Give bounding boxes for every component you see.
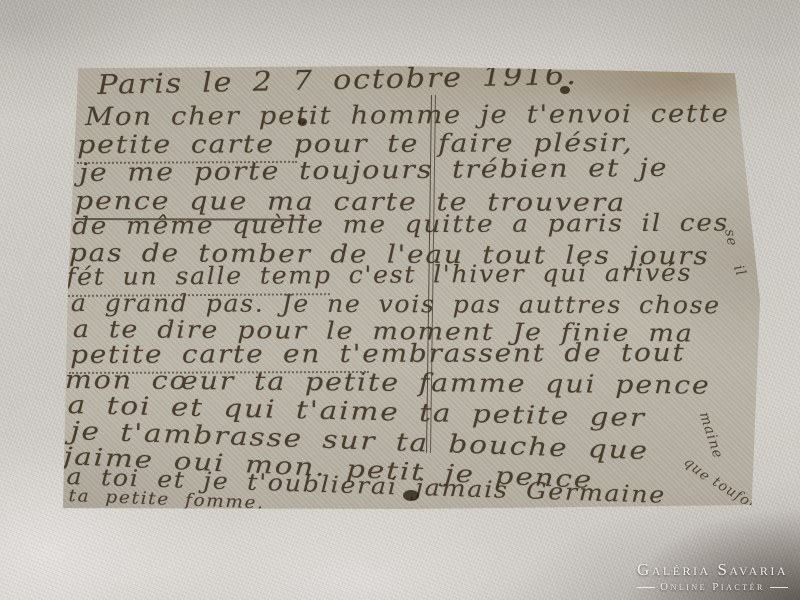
watermark-title: Galéria Savaria (637, 560, 788, 580)
handwriting-line: de même quèlle me quitte a paris il ces (72, 209, 729, 240)
ink-blot (298, 118, 307, 126)
edge-note: toufou (710, 474, 762, 515)
watermark: Galéria Savaria Online Piactér (637, 560, 788, 593)
edge-note: se (721, 228, 740, 248)
edge-note: que (681, 454, 714, 485)
ink-blot (560, 86, 570, 94)
ink-blot (403, 490, 419, 501)
handwriting-line: petite carte en t'embrassent de tout (70, 338, 686, 369)
watermark-dash-right (770, 587, 788, 588)
date-line: Paris le 2 7 octobre 1916. (97, 60, 578, 101)
handwriting-line: fét un salle temp c'est l'hiver qui ariv… (66, 259, 692, 291)
watermark-dash-left (637, 587, 655, 588)
edge-note: il (730, 263, 749, 279)
handwriting-line: je me porte toujours trébien et je (79, 153, 669, 187)
edge-note: maine (696, 410, 726, 461)
postcard: Paris le 2 7 octobre 1916. Mon cher peti… (63, 66, 760, 509)
watermark-subtitle-row: Online Piactér (637, 581, 788, 593)
photo-background: Paris le 2 7 octobre 1916. Mon cher peti… (0, 0, 800, 600)
watermark-subtitle: Online Piactér (660, 581, 765, 593)
handwriting-line: Mon cher petit homme je t'envoi cette (85, 99, 730, 131)
